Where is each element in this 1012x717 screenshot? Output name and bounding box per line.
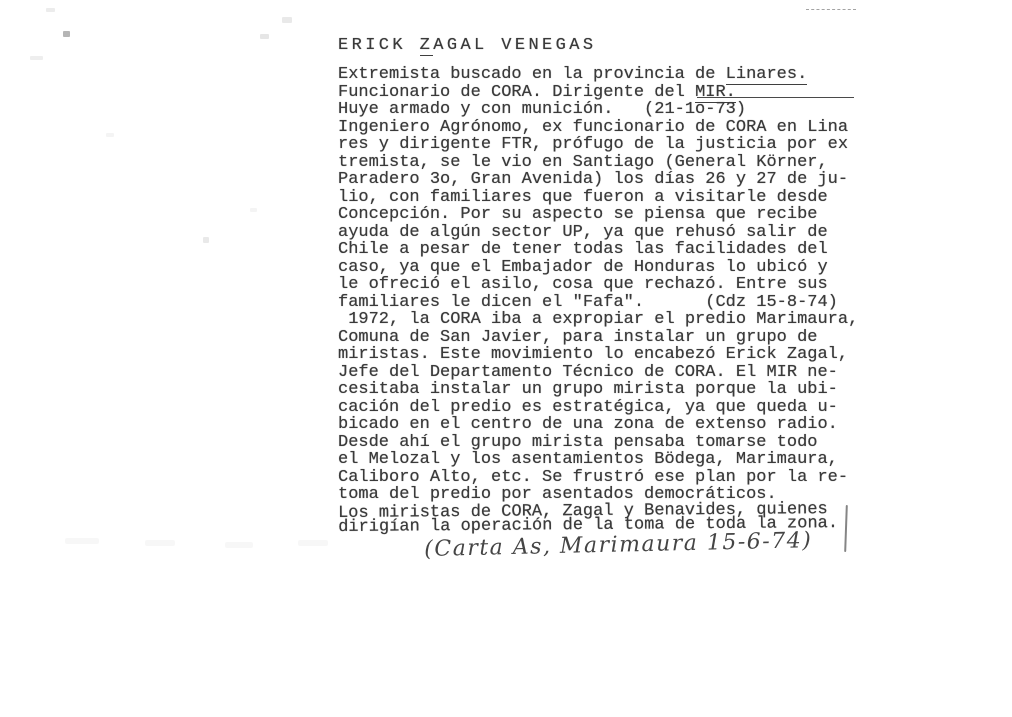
typed-text-column: ERICK ZAGAL VENEGAS Extremista buscado e… — [338, 36, 938, 562]
scanned-document-page: ERICK ZAGAL VENEGAS Extremista buscado e… — [0, 0, 1012, 717]
typed-line: Comuna de San Javier, para instalar un g… — [338, 329, 938, 347]
typed-line: ayuda de algún sector UP, ya que rehusó … — [338, 224, 938, 242]
dashed-scan-mark — [806, 9, 856, 10]
scan-speck — [250, 208, 257, 212]
typed-line: Desde ahí el grupo mirista pensaba tomar… — [338, 434, 938, 452]
scan-smudge — [298, 540, 328, 546]
scan-smudge — [145, 540, 175, 546]
typed-line: bicado en el centro de una zona de exten… — [338, 416, 938, 434]
scan-speck — [260, 34, 269, 39]
typed-line: 1972, la CORA iba a expropiar el predio … — [338, 311, 938, 329]
scan-speck — [282, 17, 292, 23]
typed-line: cesitaba instalar un grupo mirista porqu… — [338, 381, 938, 399]
scan-smudge — [65, 538, 99, 544]
document-title: ERICK ZAGAL VENEGAS — [338, 36, 938, 56]
typed-line: cación del predio es estratégica, ya que… — [338, 399, 938, 417]
title-post: AGAL VENEGAS — [433, 36, 596, 55]
typed-line: tremista, se le vio en Santiago (General… — [338, 154, 938, 172]
typed-line: miristas. Este movimiento lo encabezó Er… — [338, 346, 938, 364]
scan-speck — [203, 237, 209, 243]
typed-line: res y dirigente FTR, prófugo de la justi… — [338, 136, 938, 154]
scan-speck — [106, 133, 114, 137]
body-paragraph: Ingeniero Agrónomo, ex funcionario de CO… — [338, 119, 938, 504]
typed-line: el Melozal y los asentamientos Bödega, M… — [338, 451, 938, 469]
scan-speck — [46, 8, 55, 12]
typed-line: Chile a pesar de tener todas las facilid… — [338, 241, 938, 259]
title-pre: ERICK — [338, 36, 420, 55]
typed-line: Concepción. Por su aspecto se piensa que… — [338, 206, 938, 224]
scan-speck — [63, 31, 70, 37]
typed-line: caso, ya que el Embajador de Honduras lo… — [338, 259, 938, 277]
typed-line: lio, con familiares que fueron a visitar… — [338, 189, 938, 207]
typed-line: Caliboro Alto, etc. Se frustró ese plan … — [338, 469, 938, 487]
underlined-word-linares: Linares. — [726, 65, 808, 85]
stray-underline-mark — [697, 97, 854, 98]
summary-line-1: Extremista buscado en la provincia de Li… — [338, 66, 938, 84]
scan-smudge — [225, 542, 253, 548]
typed-line: Paradero 3o, Gran Avenida) los días 26 y… — [338, 171, 938, 189]
summary-line-3: Huye armado y con munición. (21-1o-73) — [338, 101, 938, 119]
typed-line: Ingeniero Agrónomo, ex funcionario de CO… — [338, 119, 938, 137]
title-underlined-letter: Z — [420, 36, 434, 56]
typed-line: Jefe del Departamento Técnico de CORA. E… — [338, 364, 938, 382]
summary-line-2: Funcionario de CORA. Dirigente del MIR. — [338, 84, 938, 102]
typed-line: familiares le dicen el "Fafa". (Cdz 15-8… — [338, 294, 938, 312]
typed-line: le ofreció el asilo, cosa que rechazó. E… — [338, 276, 938, 294]
scan-speck — [30, 56, 43, 60]
